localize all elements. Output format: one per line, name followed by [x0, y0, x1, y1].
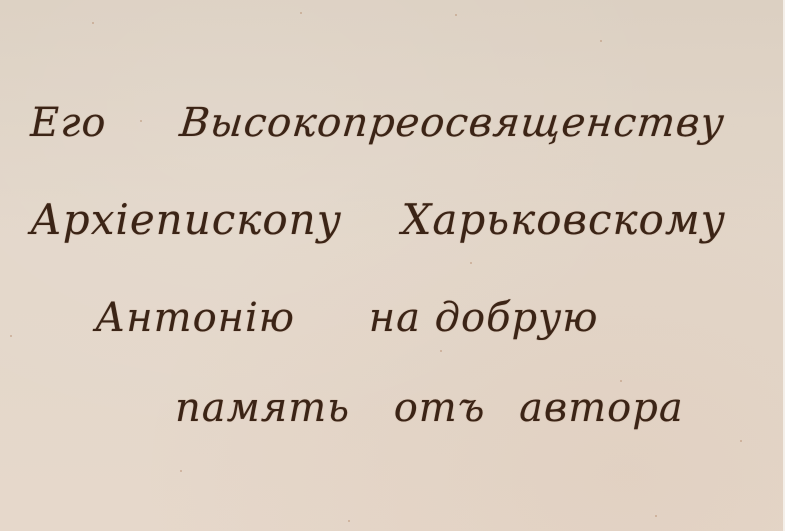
paper-speck: [300, 12, 302, 14]
inscription-word: Его: [30, 100, 107, 146]
paper-speck: [10, 335, 12, 337]
inscription-line-1: Его Высокопреосвященству: [30, 100, 725, 146]
paper-speck: [470, 262, 472, 264]
inscription-line-3: Антонiю на добрую: [95, 295, 599, 341]
inscription-line-4: память отъ автора: [175, 385, 684, 431]
paper-speck: [92, 22, 94, 24]
paper-speck: [455, 14, 457, 16]
inscription-word: Антонiю: [95, 295, 295, 341]
paper-speck: [620, 380, 622, 382]
paper-page: Его Высокопреосвященству Архiепископу Ха…: [0, 0, 783, 531]
inscription-word: Архiепископу: [30, 195, 342, 244]
paper-speck: [600, 40, 602, 42]
paper-speck: [655, 515, 657, 517]
paper-speck: [740, 440, 742, 442]
paper-speck: [348, 520, 350, 522]
inscription-line-2: Архiепископу Харьковскому: [30, 195, 726, 244]
inscription-word: Высокопреосвященству: [178, 100, 727, 146]
inscription-word: на добрую: [369, 295, 599, 341]
inscription-word: автора: [519, 385, 684, 431]
paper-speck: [180, 470, 182, 472]
inscription-word: память: [175, 385, 350, 431]
inscription-word: отъ: [394, 385, 486, 431]
paper-speck: [440, 350, 442, 352]
inscription-word: Харьковскому: [401, 195, 726, 244]
